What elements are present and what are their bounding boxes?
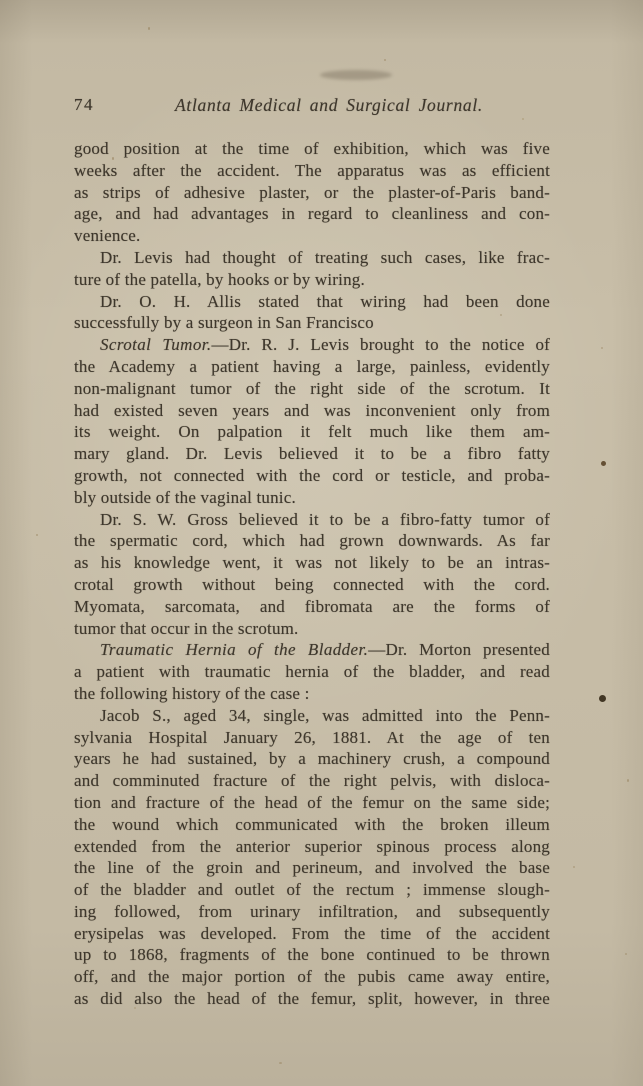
text-line: Dr. Levis had thought of treating such c… <box>74 247 550 269</box>
text-line: its weight. On palpation it felt much li… <box>74 421 550 443</box>
text-line: weeks after the accident. The apparatus … <box>74 160 550 182</box>
text-line: Jacob S., aged 34, single, was admitted … <box>74 705 550 727</box>
text-line: up to 1868, fragments of the bone contin… <box>74 944 550 966</box>
text-line: the wound which communicated with the br… <box>74 814 550 836</box>
text-line: a patient with traumatic hernia of the b… <box>74 661 550 683</box>
text-line: sylvania Hospital January 26, 1881. At t… <box>74 727 550 749</box>
text-line: extended from the anterior superior spin… <box>74 836 550 858</box>
text-line: tumor that occur in the scrotum. <box>74 618 550 640</box>
foxing-speck <box>625 953 627 955</box>
foxing-speck <box>384 59 386 61</box>
text-line: bly outside of the vaginal tunic. <box>74 487 550 509</box>
text-line: Myomata, sarcomata, and fibromata are th… <box>74 596 550 618</box>
foxing-speck <box>279 1062 282 1064</box>
pencil-smudge <box>320 70 392 80</box>
text-line: non-malignant tumor of the right side of… <box>74 378 550 400</box>
paragraph: Dr. Levis had thought of treating such c… <box>74 247 550 291</box>
text-line: had existed seven years and was inconven… <box>74 400 550 422</box>
paragraph: Dr. O. H. Allis stated that wiring had b… <box>74 291 550 335</box>
text-line: and comminuted fracture of the right pel… <box>74 770 550 792</box>
text-line: as his knowledge went, it was not likely… <box>74 552 550 574</box>
ink-spot <box>601 461 606 466</box>
text-line: Dr. O. H. Allis stated that wiring had b… <box>74 291 550 313</box>
text-line: venience. <box>74 225 550 247</box>
text-line: Scrotal Tumor.—Dr. R. J. Levis brought t… <box>74 334 550 356</box>
text-line: the Academy a patient having a large, pa… <box>74 356 550 378</box>
text-line: the spermatic cord, which had grown down… <box>74 530 550 552</box>
foxing-speck <box>36 534 38 536</box>
foxing-speck <box>601 347 603 349</box>
paragraph: Dr. S. W. Gross believed it to be a fibr… <box>74 509 550 640</box>
text-line: erysipelas was developed. From the time … <box>74 923 550 945</box>
text-line: mary gland. Dr. Levis believed it to be … <box>74 443 550 465</box>
text-line: ture of the patella, by hooks or by wiri… <box>74 269 550 291</box>
text-line: the line of the groin and perineum, and … <box>74 857 550 879</box>
page-header: 74 Atlanta Medical and Surgical Journal. <box>74 95 550 119</box>
text-line: successfully by a surgeon in San Francis… <box>74 312 550 334</box>
page-body-text: good position at the time of exhibition,… <box>74 138 550 1010</box>
foxing-speck <box>627 779 629 782</box>
text-line: as strips of adhesive plaster, or the pl… <box>74 182 550 204</box>
foxing-speck <box>148 27 150 30</box>
text-line: years he had sustained, by a machinery c… <box>74 748 550 770</box>
text-line: Dr. S. W. Gross believed it to be a fibr… <box>74 509 550 531</box>
paragraph: Scrotal Tumor.—Dr. R. J. Levis brought t… <box>74 334 550 508</box>
text-line: Traumatic Hernia of the Bladder.—Dr. Mor… <box>74 639 550 661</box>
foxing-speck <box>573 866 575 868</box>
text-line: growth, not connected with the cord or t… <box>74 465 550 487</box>
ink-spot <box>599 695 606 702</box>
text-line: of the bladder and outlet of the rectum … <box>74 879 550 901</box>
journal-title: Atlanta Medical and Surgical Journal. <box>74 95 550 116</box>
page-number: 74 <box>74 95 94 115</box>
section-title-italic: Traumatic Hernia of the Bladder. <box>100 640 368 659</box>
section-title-italic: Scrotal Tumor. <box>100 335 212 354</box>
text-line: ing followed, from urinary infiltration,… <box>74 901 550 923</box>
text-line: good position at the time of exhibition,… <box>74 138 550 160</box>
text-line: tion and fracture of the head of the fem… <box>74 792 550 814</box>
paragraph: good position at the time of exhibition,… <box>74 138 550 247</box>
paragraph: Jacob S., aged 34, single, was admitted … <box>74 705 550 1010</box>
paragraph: Traumatic Hernia of the Bladder.—Dr. Mor… <box>74 639 550 704</box>
text-line: crotal growth without being connected wi… <box>74 574 550 596</box>
text-line: as did also the head of the femur, split… <box>74 988 550 1010</box>
scanned-journal-page: { "page": { "colors": { "paper": "#c8bea… <box>0 0 643 1086</box>
text-line: off, and the major portion of the pubis … <box>74 966 550 988</box>
text-line: age, and had advantages in regard to cle… <box>74 203 550 225</box>
text-line: the following history of the case : <box>74 683 550 705</box>
